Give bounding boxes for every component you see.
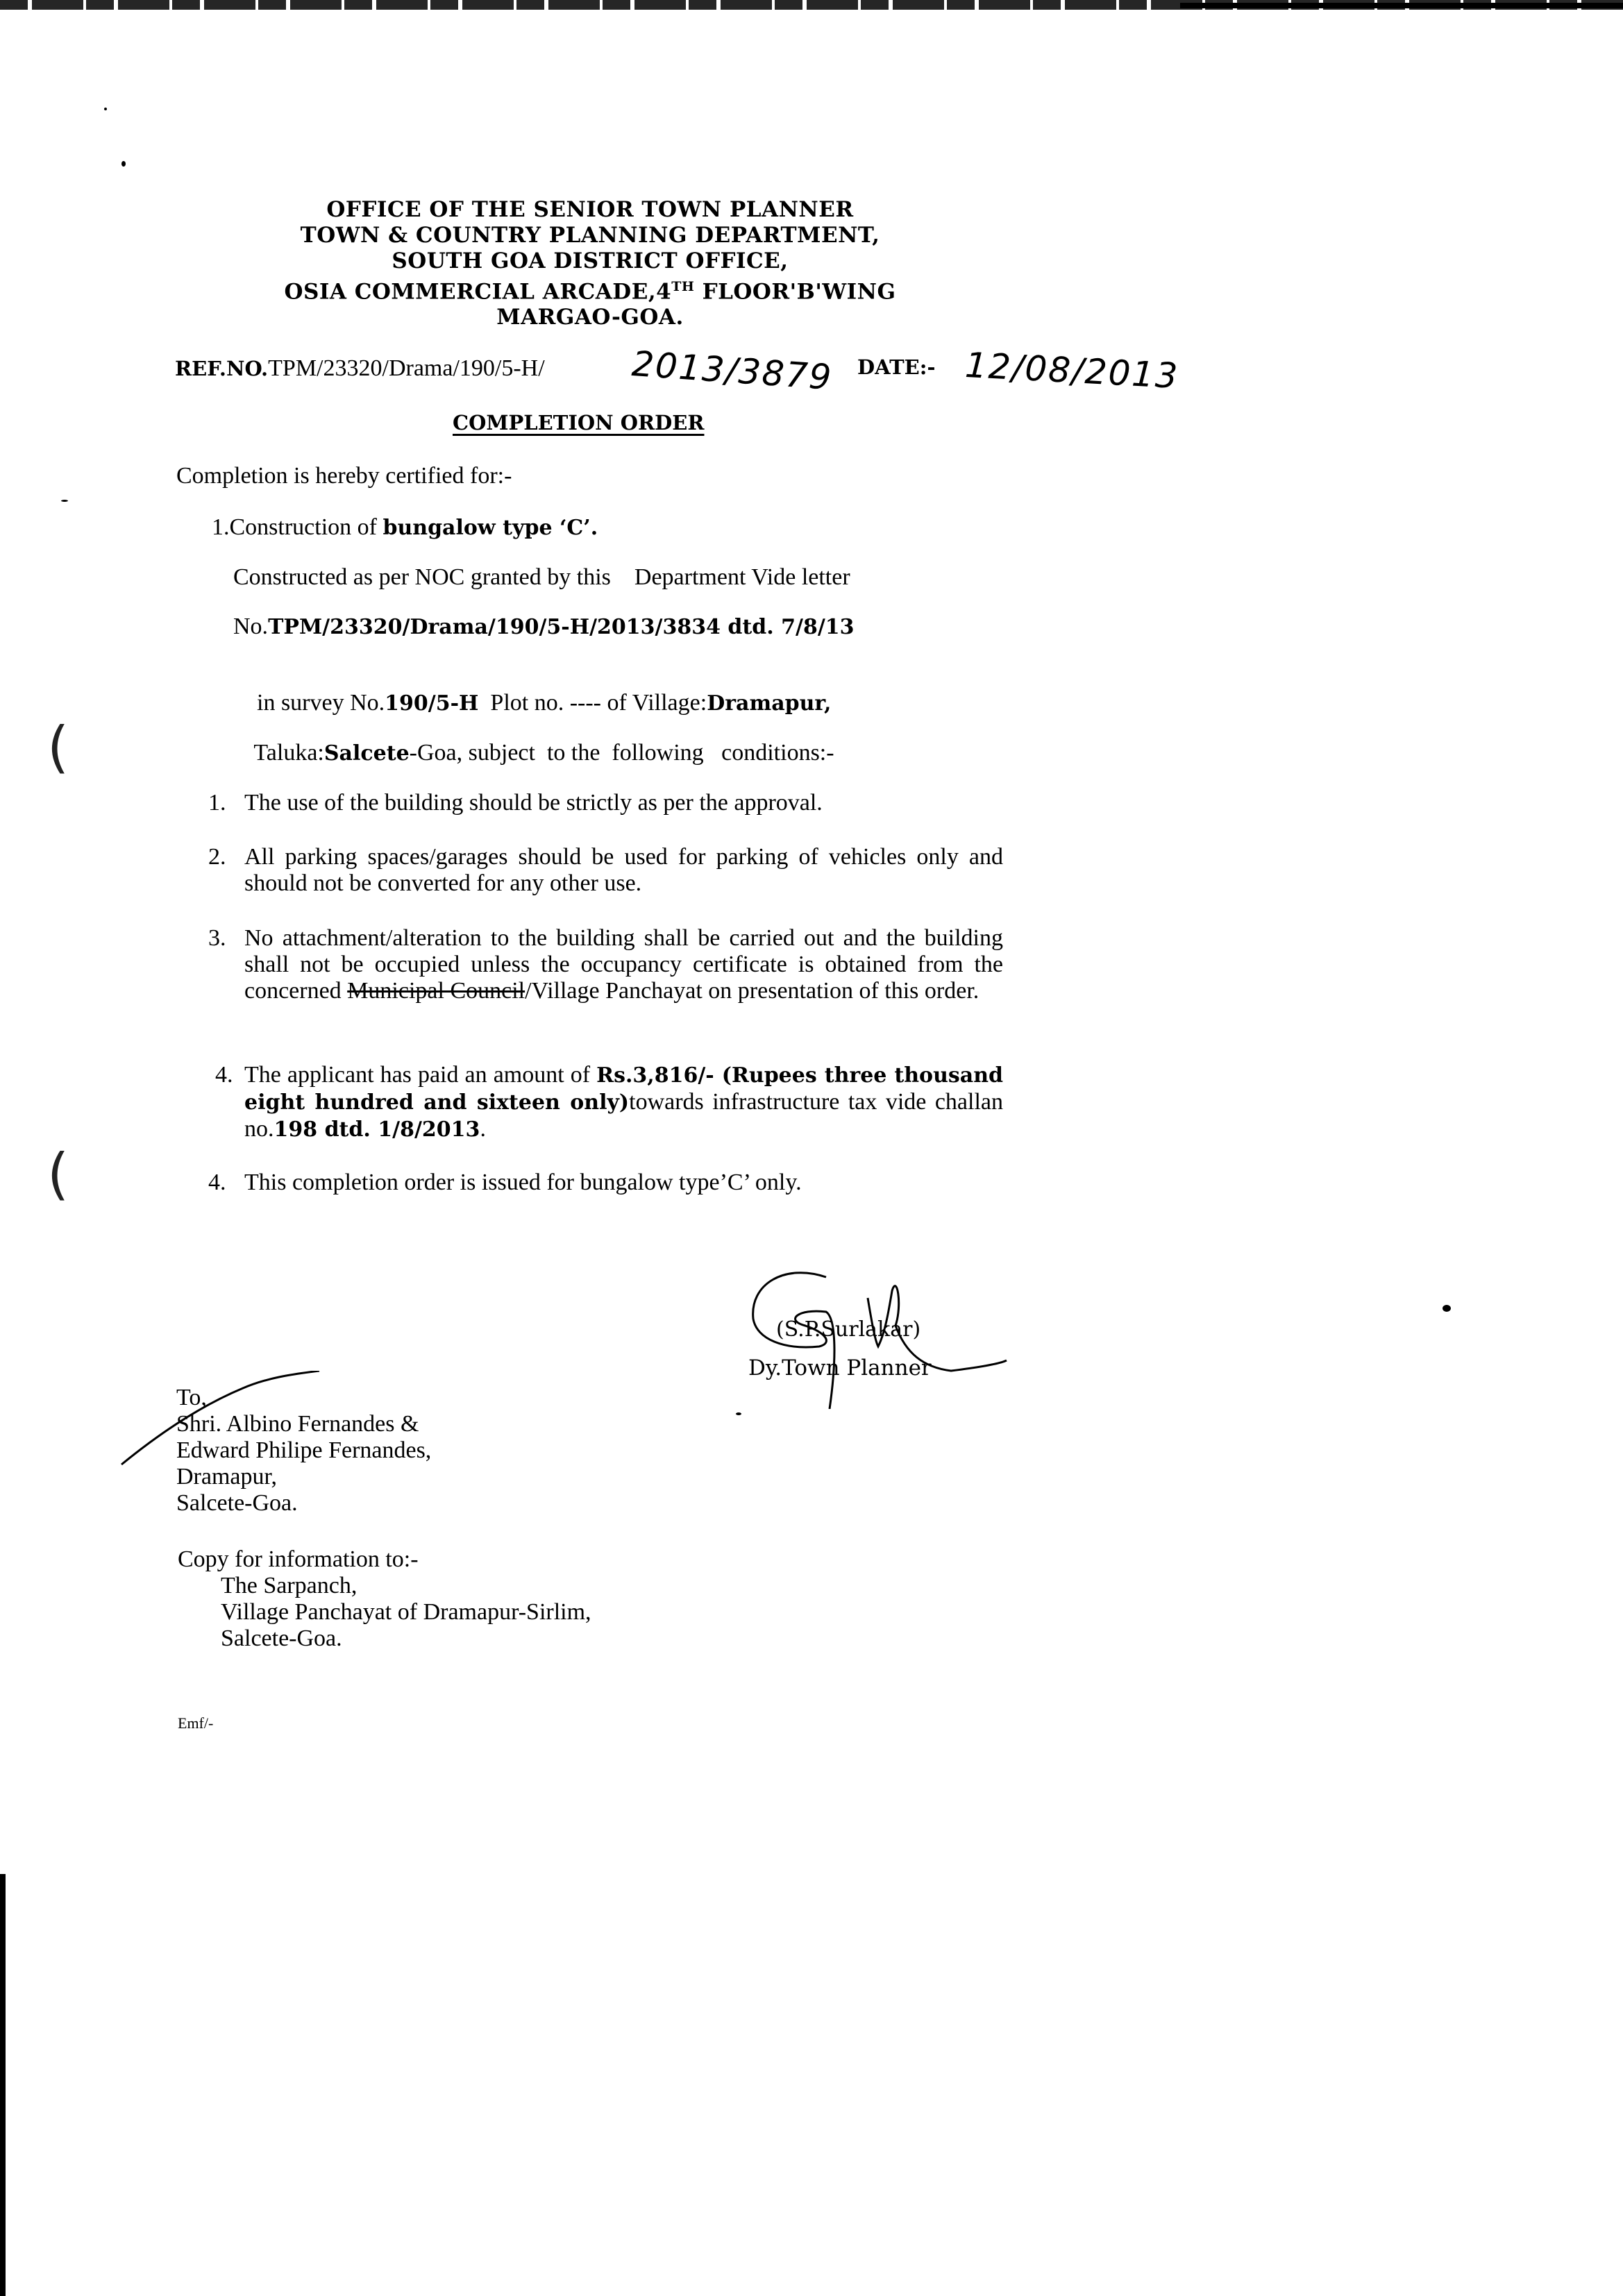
noc-number: No.TPM/23320/Drama/190/5-H/2013/3834 dtd… — [233, 614, 855, 640]
speck — [1443, 1305, 1451, 1312]
scan-edge-artifact — [1180, 3, 1623, 8]
handwritten-reference: 2013/3879 — [630, 344, 834, 398]
speck — [121, 161, 126, 167]
condition-item: 4. This completion order is issued for b… — [208, 1170, 1003, 1196]
signatory-designation: Dy.Town Planner — [748, 1356, 932, 1381]
office-header: OFFICE OF THE SENIOR TOWN PLANNER TOWN &… — [0, 197, 1180, 330]
header-line: MARGAO-GOA. — [0, 305, 1180, 330]
signatory-name: (S.P.Surlakar) — [776, 1317, 920, 1342]
noc-line: Constructed as per NOC granted by this D… — [233, 564, 850, 591]
handwritten-date: 12/08/2013 — [964, 345, 1180, 396]
speck — [736, 1412, 741, 1415]
item-construction: 1.Construction of bungalow type ‘C’. — [212, 514, 598, 541]
hole-punch-mark-icon: ( — [47, 1142, 69, 1206]
addressee-line: Shri. Albino Fernandes & — [176, 1411, 431, 1437]
condition-item: 3. No attachment/alteration to the build… — [208, 925, 1003, 1004]
copy-line: Salcete-Goa. — [221, 1626, 591, 1652]
reference-number: REF.NO.TPM/23320/Drama/190/5-H/ — [175, 355, 545, 382]
addressee-line: Edward Philipe Fernandes, — [176, 1437, 431, 1464]
speck — [61, 500, 68, 502]
copy-line: The Sarpanch, — [221, 1573, 591, 1599]
condition-item: 4. The applicant has paid an amount of R… — [215, 1062, 1003, 1143]
addressee-line: Dramapur, — [176, 1464, 431, 1490]
document-page: ( ( OFFICE OF THE SENIOR TOWN PLANNER TO… — [0, 0, 1623, 2296]
header-line: OSIA COMMERCIAL ARCADE,4TH FLOOR'B'WING — [0, 274, 1180, 305]
scan-edge-artifact — [0, 1874, 6, 2296]
condition-item: 1. The use of the building should be str… — [208, 790, 1003, 816]
header-line: OFFICE OF THE SENIOR TOWN PLANNER — [0, 197, 1180, 223]
hole-punch-mark-icon: ( — [47, 715, 69, 779]
speck — [104, 108, 107, 110]
addressee-line: Salcete-Goa. — [176, 1490, 431, 1517]
copy-label: Copy for information to:- — [178, 1546, 591, 1573]
footer-initials: Emf/- — [178, 1714, 213, 1732]
document-title: COMPLETION ORDER — [453, 411, 704, 434]
addressee-block: To, Shri. Albino Fernandes & Edward Phil… — [176, 1385, 431, 1517]
condition-item: 2. All parking spaces/garages should be … — [208, 844, 1003, 897]
date-label: DATE:- — [857, 355, 936, 379]
intro-text: Completion is hereby certified for:- — [176, 463, 512, 489]
struck-text: Municipal Council — [347, 978, 525, 1004]
addressee-to: To, — [176, 1385, 431, 1411]
copy-line: Village Panchayat of Dramapur-Sirlim, — [221, 1599, 591, 1626]
taluka-line: Taluka:Salcete-Goa, subject to the follo… — [230, 714, 834, 793]
header-line: SOUTH GOA DISTRICT OFFICE, — [0, 248, 1180, 274]
copy-block: Copy for information to:- The Sarpanch, … — [178, 1546, 591, 1652]
header-line: TOWN & COUNTRY PLANNING DEPARTMENT, — [0, 223, 1180, 248]
